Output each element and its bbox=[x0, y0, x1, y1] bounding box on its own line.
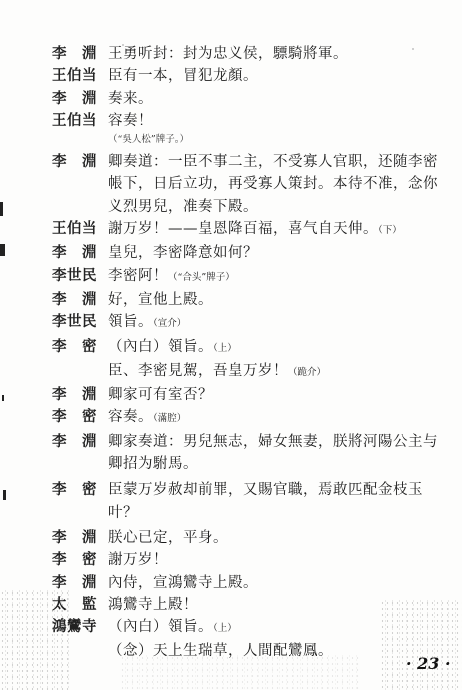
dialogue-line: 李 淵 朕心已定，平身。 bbox=[52, 527, 452, 549]
stage-direction: （“吳人松”牌子。） bbox=[52, 132, 452, 148]
binding-mark bbox=[0, 202, 3, 216]
binding-mark bbox=[3, 490, 6, 500]
stage-direction: （上） bbox=[213, 343, 237, 354]
speaker-name: 李 淵 bbox=[52, 384, 108, 406]
dialogue-continuation: 卿招为駙馬。 bbox=[52, 453, 452, 475]
dialogue-text: 好，宣他上殿。 bbox=[108, 289, 452, 311]
dialogue-line: 李 密 （內白）領旨。（上） bbox=[52, 336, 452, 360]
dialogue-text: 鴻鸞寺上殿！ bbox=[108, 594, 452, 616]
dialogue-text: 王勇听封：封为忠义侯，驃騎將軍。 bbox=[108, 43, 452, 65]
dialogue-text: 謝万岁！ bbox=[108, 549, 452, 571]
dialogue-line: 李 密 謝万岁！ bbox=[52, 549, 452, 571]
dialogue-text: 臣有一本，冒犯龙顏。 bbox=[108, 65, 452, 87]
stage-direction: （下） bbox=[378, 225, 402, 236]
speaker-name: 李 淵 bbox=[52, 431, 108, 453]
dialogue-words: 謝万岁！——皇恩降百福，喜气自天伸。 bbox=[108, 221, 378, 237]
dialogue-text: （內白）領旨。（上） bbox=[108, 616, 452, 640]
dialogue-text: （內白）領旨。（上） bbox=[108, 336, 452, 360]
dialogue-line: 太 監 鴻鸞寺上殿！ bbox=[52, 594, 452, 616]
dialogue-text: 奏来。 bbox=[108, 88, 452, 110]
dialogue-words: 容奏。 bbox=[108, 409, 153, 425]
stage-direction: （跪介） bbox=[288, 367, 326, 378]
dialogue-line: 李 淵 皇兒，李密降意如何？ bbox=[52, 242, 452, 264]
dialogue-line: 李 密 臣蒙万岁赦却前罪，又賜官職，焉敢匹配金枝玉 bbox=[52, 479, 452, 501]
dialogue-text: 內侍，宣鴻鸞寺上殿。 bbox=[108, 572, 452, 594]
dialogue-line: 李 密 容奏。（滿腔） bbox=[52, 406, 452, 430]
dialogue-line: 李世民 李密阿！（“合头”牌子） bbox=[52, 265, 452, 289]
dialogue-line: 李世民 領旨。（宣介） bbox=[52, 311, 452, 335]
dialogue-line: 李 淵 奏来。 bbox=[52, 88, 452, 110]
dialogue-continuation: 义烈男兒，准奏下殿。 bbox=[52, 196, 452, 218]
dialogue-text: 臣蒙万岁赦却前罪，又賜官職，焉敢匹配金枝玉 bbox=[108, 479, 452, 501]
dialogue-continuation: 叶？ bbox=[52, 502, 452, 524]
script-body: 李 淵 王勇听封：封为忠义侯，驃騎將軍。 王伯当 臣有一本，冒犯龙顏。 李 淵 … bbox=[52, 47, 452, 663]
speaker-name: 李 淵 bbox=[52, 527, 108, 549]
speaker-name: 李世民 bbox=[52, 311, 108, 333]
dialogue-words: （內白）領旨。 bbox=[108, 339, 213, 355]
binding-mark bbox=[0, 244, 5, 256]
speaker-name: 李 淵 bbox=[52, 151, 108, 173]
speaker-name: 王伯当 bbox=[52, 218, 108, 240]
dialogue-text: 謝万岁！——皇恩降百福，喜气自天伸。（下） bbox=[108, 218, 452, 242]
stage-direction: （上） bbox=[213, 623, 237, 634]
dialogue-line: 王伯当 謝万岁！——皇恩降百福，喜气自天伸。（下） bbox=[52, 218, 452, 242]
speaker-name: 李 密 bbox=[52, 336, 108, 358]
dialogue-continuation: （念）天上生瑞草，人間配鸞鳳。 bbox=[52, 640, 452, 662]
dialogue-text: 卿奏道：一臣不事二主，不受寡人官职，还随李密 bbox=[108, 151, 452, 173]
dialogue-words: （內白）領旨。 bbox=[108, 619, 213, 635]
dialogue-line: 王伯当 臣有一本，冒犯龙顏。 bbox=[52, 65, 452, 87]
speaker-name: 王伯当 bbox=[52, 65, 108, 87]
dialogue-text: 容奏。（滿腔） bbox=[108, 406, 452, 430]
speaker-name: 李 淵 bbox=[52, 289, 108, 311]
dialogue-continuation: 臣、李密見駕，吾皇万岁！（跪介） bbox=[52, 360, 452, 384]
dialogue-line: 李 淵 卿家可有室否？ bbox=[52, 384, 452, 406]
dialogue-words: 李密阿！ bbox=[108, 268, 168, 284]
speaker-name: 鴻鸞寺 bbox=[52, 616, 108, 638]
dialogue-line: 李 淵 好，宣他上殿。 bbox=[52, 289, 452, 311]
dialogue-continuation: 帳下，日后立功，再受寡人策封。本待不准，念你 bbox=[52, 173, 452, 195]
dialogue-words: 領旨。 bbox=[108, 314, 153, 330]
dialogue-line: 李 淵 卿奏道：一臣不事二主，不受寡人官职，还随李密 bbox=[52, 151, 452, 173]
dialogue-text: 領旨。（宣介） bbox=[108, 311, 452, 335]
dialogue-line: 李 淵 卿家奏道：男兒無志，婦女無妻，朕將河陽公主与 bbox=[52, 431, 452, 453]
dialogue-line: 鴻鸞寺 （內白）領旨。（上） bbox=[52, 616, 452, 640]
dialogue-text: 李密阿！（“合头”牌子） bbox=[108, 265, 452, 289]
binding-mark bbox=[2, 395, 4, 401]
speaker-name: 李 密 bbox=[52, 406, 108, 428]
stage-direction: （宣介） bbox=[153, 318, 186, 329]
speaker-name: 李 淵 bbox=[52, 43, 108, 65]
stage-direction: （“合头”牌子） bbox=[168, 272, 235, 283]
dialogue-line: 王伯当 容奏！ bbox=[52, 110, 452, 132]
speaker-name: 太 監 bbox=[52, 594, 108, 616]
stage-direction: （滿腔） bbox=[153, 413, 186, 424]
speaker-name: 李 密 bbox=[52, 479, 108, 501]
dialogue-text: 皇兒，李密降意如何？ bbox=[108, 242, 452, 264]
dialogue-text: 卿家可有室否？ bbox=[108, 384, 452, 406]
speaker-name: 李世民 bbox=[52, 265, 108, 287]
scanned-page: 李 淵 王勇听封：封为忠义侯，驃騎將軍。 王伯当 臣有一本，冒犯龙顏。 李 淵 … bbox=[0, 0, 462, 690]
speaker-name: 李 淵 bbox=[52, 88, 108, 110]
speaker-name: 王伯当 bbox=[52, 110, 108, 132]
speaker-name: 李 密 bbox=[52, 549, 108, 571]
dialogue-line: 李 淵 內侍，宣鴻鸞寺上殿。 bbox=[52, 572, 452, 594]
dialogue-text: 朕心已定，平身。 bbox=[108, 527, 452, 549]
speaker-name: 李 淵 bbox=[52, 572, 108, 594]
dialogue-text: 卿家奏道：男兒無志，婦女無妻，朕將河陽公主与 bbox=[108, 431, 452, 453]
dialogue-words: 臣、李密見駕，吾皇万岁！ bbox=[108, 363, 288, 379]
dialogue-text: 容奏！ bbox=[108, 110, 452, 132]
speaker-name: 李 淵 bbox=[52, 242, 108, 264]
page-number: · 23 · bbox=[406, 654, 451, 673]
dialogue-line: 李 淵 王勇听封：封为忠义侯，驃騎將軍。 bbox=[52, 43, 452, 65]
